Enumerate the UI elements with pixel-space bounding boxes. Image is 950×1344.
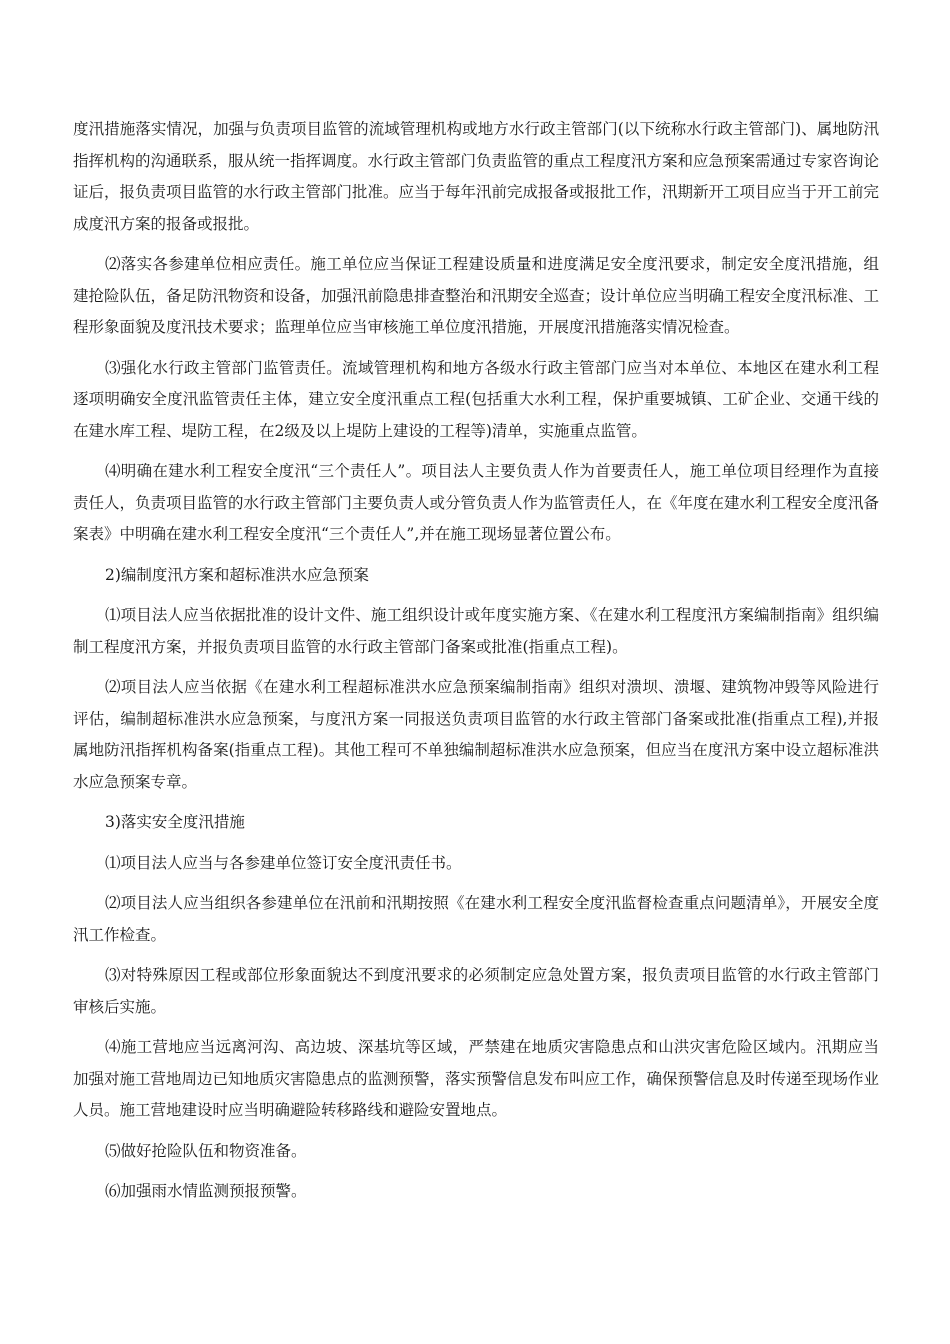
paragraph-emergency-plan: ⑵项目法人应当依据《在建水利工程超标准洪水应急预案编制指南》组织对溃坝、溃堰、建… [73,672,879,798]
paragraph-regulatory-responsibility: ⑶强化水行政主管部门监管责任。流域管理机构和地方各级水行政主管部门应当对本单位、… [73,353,879,448]
paragraph-emergency-disposal: ⑶对特殊原因工程或部位形象面貌达不到度汛要求的必须制定应急处置方案，报负责项目监… [73,960,879,1023]
paragraph-three-responsible-persons: ⑷明确在建水利工程安全度汛“三个责任人”。项目法人主要负责人作为首要责任人，施工… [73,456,879,551]
document-page: 度汛措施落实情况，加强与负责项目监管的流域管理机构或地方水行政主管部门(以下统称… [73,114,879,1217]
paragraph-rescue-preparation: ⑸做好抢险队伍和物资准备。 [73,1136,879,1168]
paragraph-responsibility-letter: ⑴项目法人应当与各参建单位签订安全度汛责任书。 [73,848,879,880]
paragraph-rain-monitoring: ⑹加强雨水情监测预报预警。 [73,1176,879,1208]
paragraph-participant-responsibility: ⑵落实各参建单位相应责任。施工单位应当保证工程建设质量和进度满足安全度汛要求，制… [73,249,879,344]
paragraph-flood-measures-continued: 度汛措施落实情况，加强与负责项目监管的流域管理机构或地方水行政主管部门(以下统称… [73,114,879,240]
paragraph-safety-inspection: ⑵项目法人应当组织各参建单位在汛前和汛期按照《在建水利工程安全度汛监督检查重点问… [73,888,879,951]
section-heading-2: 2)编制度汛方案和超标准洪水应急预案 [73,560,879,592]
paragraph-flood-plan: ⑴项目法人应当依据批准的设计文件、施工组织设计或年度实施方案、《在建水利工程度汛… [73,600,879,663]
section-heading-3: 3)落实安全度汛措施 [73,807,879,839]
paragraph-construction-camp: ⑷施工营地应当远离河沟、高边坡、深基坑等区域，严禁建在地质灾害隐患点和山洪灾害危… [73,1032,879,1127]
